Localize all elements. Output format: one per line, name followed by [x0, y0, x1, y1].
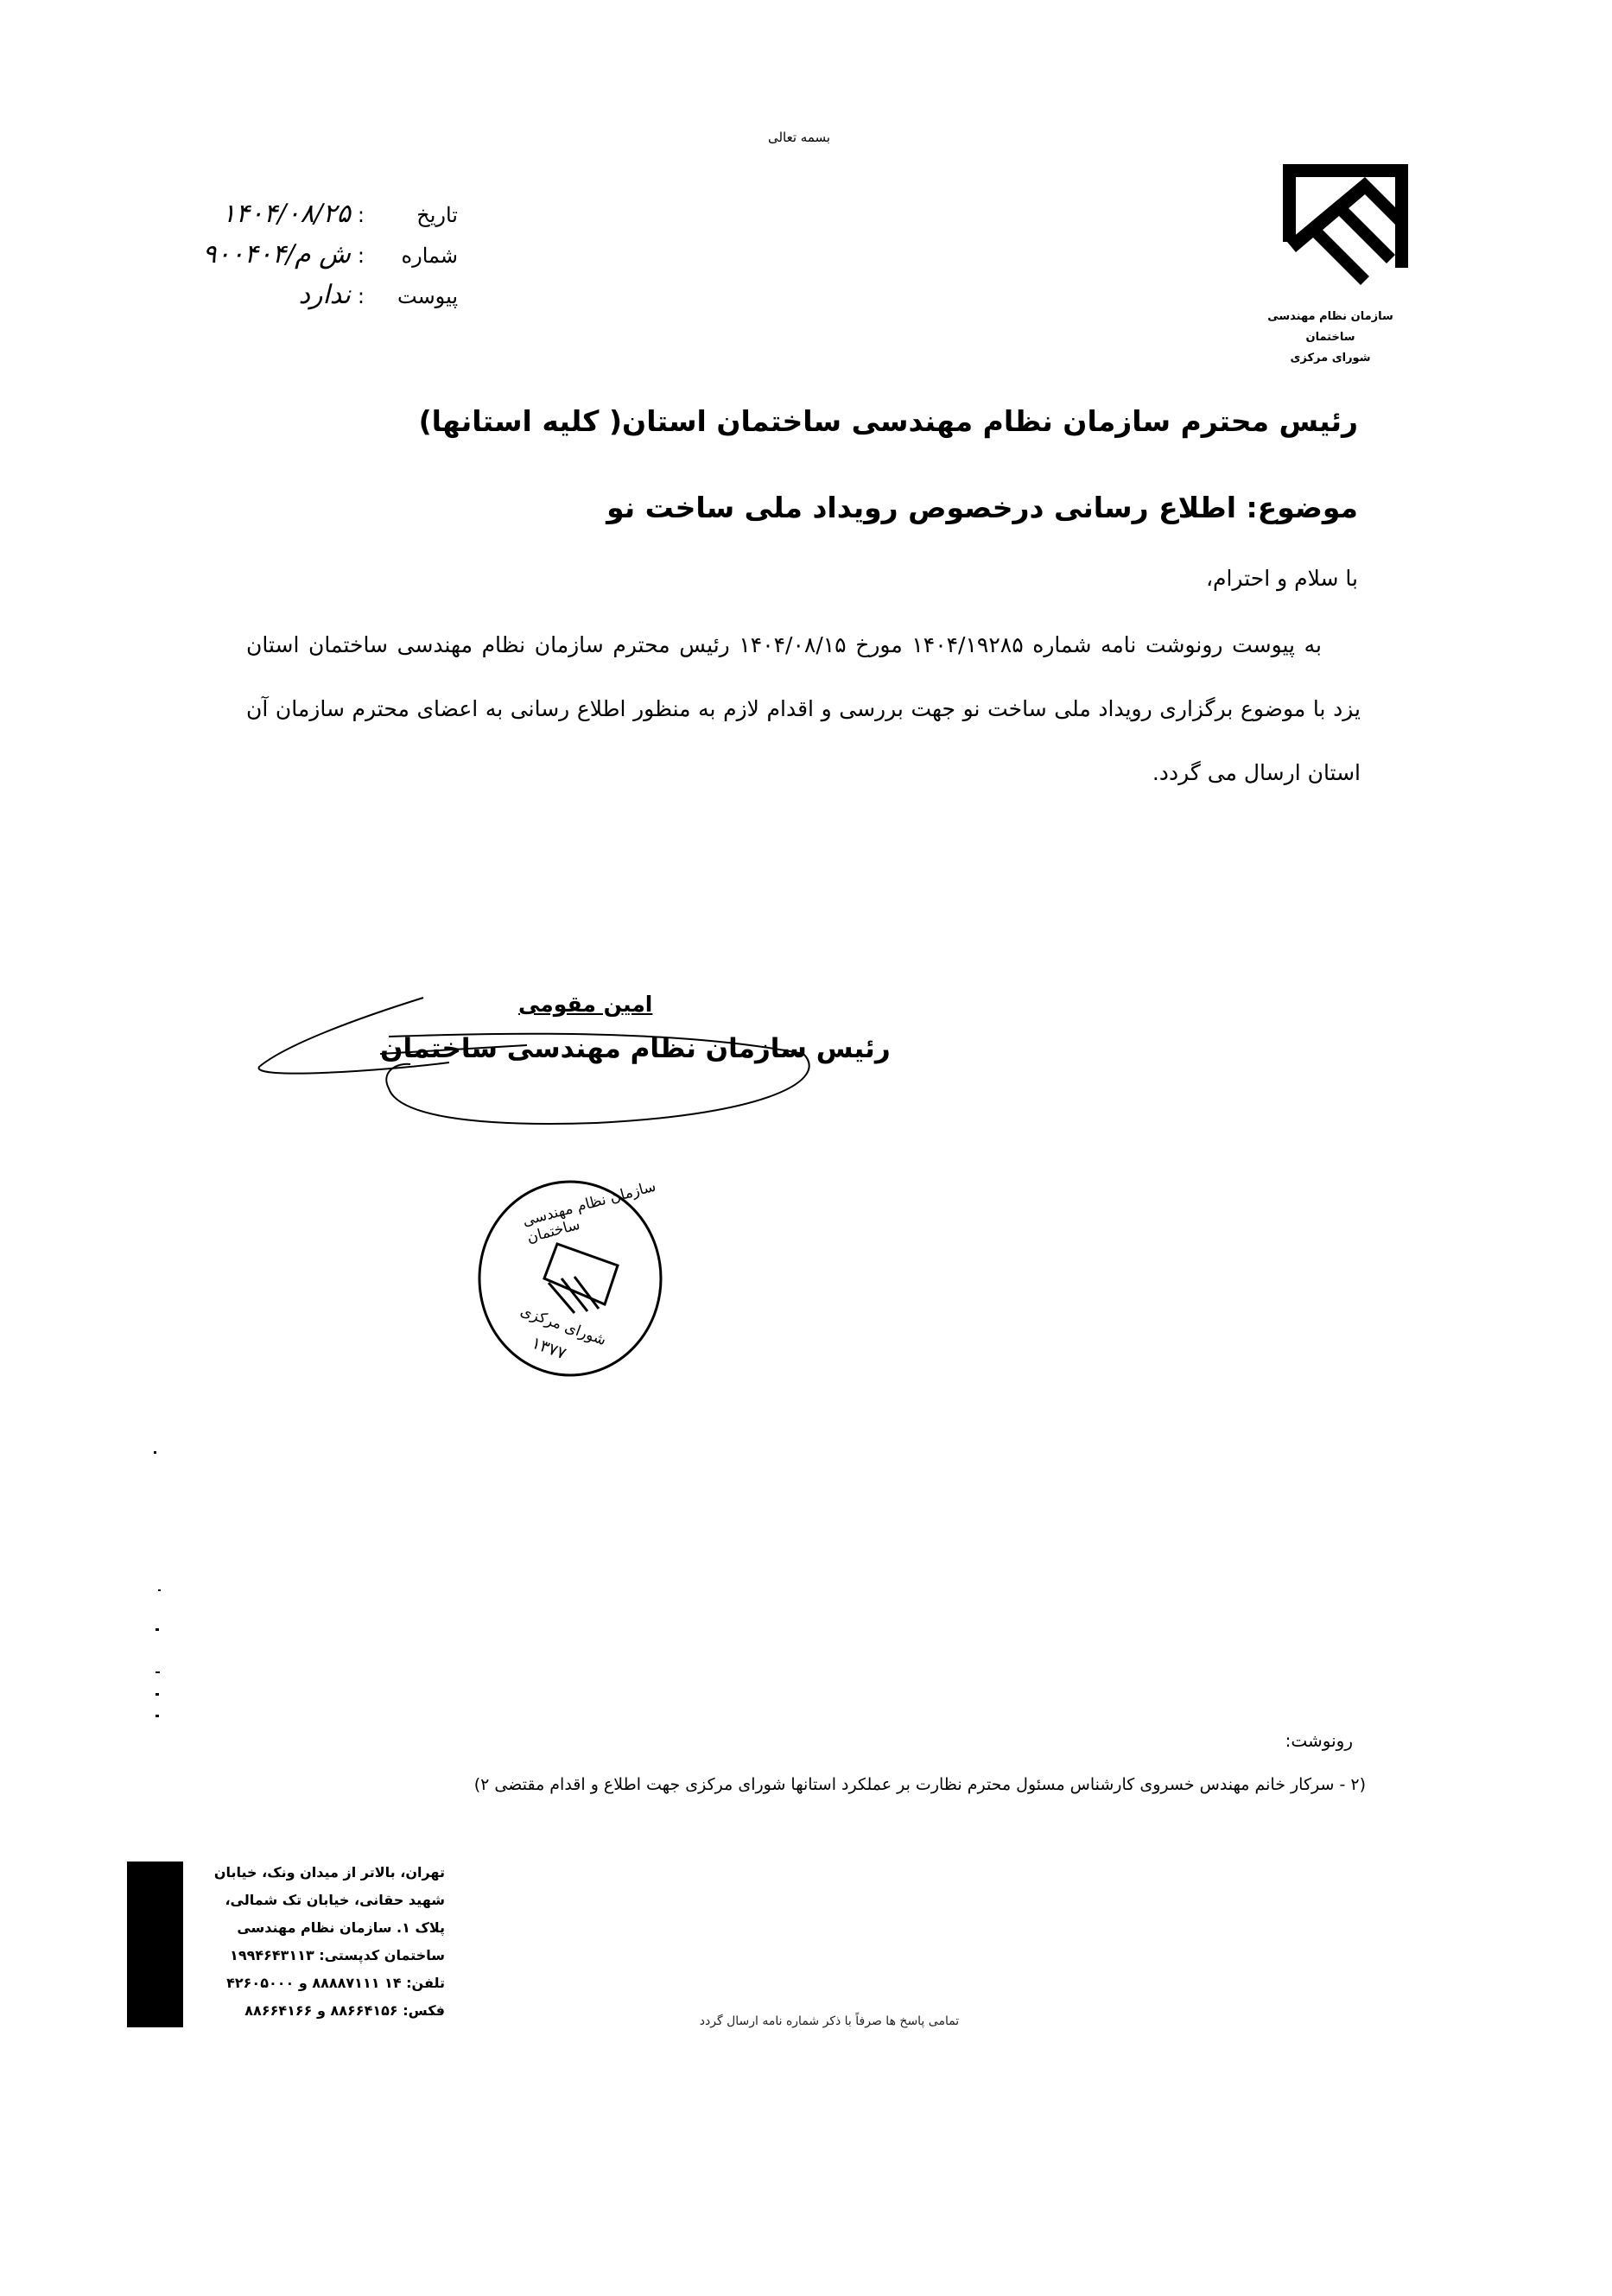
logo-caption-council: شورای مرکزی — [1244, 348, 1417, 369]
meta-date: تاریخ : ۱۴۰۴/۰۸/۲۵ — [86, 194, 458, 235]
address-line: فکس: ۸۸۶۶۴۱۵۶ و ۸۸۶۶۴۱۶۶ — [212, 1997, 445, 2025]
meta-number-label: شماره — [371, 236, 458, 276]
cc-title: رونوشت: — [1285, 1730, 1353, 1751]
signatory-title: رئیس سازمان نظام مهندسی ساختمان — [380, 1033, 891, 1064]
meta-colon: : — [358, 276, 365, 316]
organization-logo-icon — [1266, 155, 1421, 302]
meta-date-value: ۱۴۰۴/۰۸/۲۵ — [222, 194, 351, 234]
footer-barcode-block — [127, 1862, 183, 2027]
meta-colon: : — [358, 195, 365, 235]
body-paragraph: به پیوست رونوشت نامه شماره ۱۴۰۴/۱۹۲۸۵ مو… — [246, 613, 1361, 805]
logo-caption: سازمان نظام مهندسی ساختمان شورای مرکزی — [1244, 307, 1417, 369]
signatory-name: امین مقومی — [518, 992, 652, 1017]
address-line: ساختمان کدپستی: ۱۹۹۴۶۴۳۱۱۳ — [212, 1942, 445, 1969]
meta-number-value: ۹۰۰۴۰۴/ش م — [202, 235, 351, 275]
meta-attachment-value: ندارد — [299, 276, 351, 315]
letter-meta: تاریخ : ۱۴۰۴/۰۸/۲۵ شماره : ۹۰۰۴۰۴/ش م پی… — [86, 194, 458, 316]
address-line: تلفن: ۱۴ ۸۸۸۸۷۱۱۱ و ۴۲۶۰۵۰۰۰ — [212, 1969, 445, 1997]
meta-attachment: پیوست : ندارد — [86, 276, 458, 316]
cc-line: (۲ - سرکار خانم مهندس خسروی کارشناس مسئو… — [243, 1775, 1366, 1794]
meta-date-label: تاریخ — [371, 195, 458, 235]
subject-line: موضوع: اطلاع رسانی درخصوص رویداد ملی ساخ… — [606, 491, 1358, 524]
meta-colon: : — [358, 236, 365, 276]
recipient-line: رئیس محترم سازمان نظام مهندسی ساختمان اس… — [419, 404, 1358, 438]
bismillah-header: بسمه تعالی — [743, 130, 855, 145]
official-stamp: سازمان نظام مهندسی ساختمان شورای مرکزی ۱… — [471, 1175, 670, 1382]
address-line: پلاک ۱. سازمان نظام مهندسی — [212, 1914, 445, 1942]
footer-note: تمامی پاسخ ها صرفاً با ذکر شماره نامه ار… — [657, 2014, 1002, 2028]
scan-artifact-marks — [152, 1451, 169, 1736]
address-line: شهید حقانی، خیابان تک شمالی، — [212, 1887, 445, 1914]
footer-address: تهران، بالاتر از میدان ونک، خیابان شهید … — [212, 1859, 445, 2025]
meta-attachment-label: پیوست — [371, 276, 458, 316]
logo-caption-org: سازمان نظام مهندسی ساختمان — [1244, 307, 1417, 348]
meta-number: شماره : ۹۰۰۴۰۴/ش م — [86, 235, 458, 276]
greeting: با سلام و احترام، — [1206, 566, 1358, 591]
address-line: تهران، بالاتر از میدان ونک، خیابان — [212, 1859, 445, 1887]
letter-body: به پیوست رونوشت نامه شماره ۱۴۰۴/۱۹۲۸۵ مو… — [246, 613, 1361, 805]
